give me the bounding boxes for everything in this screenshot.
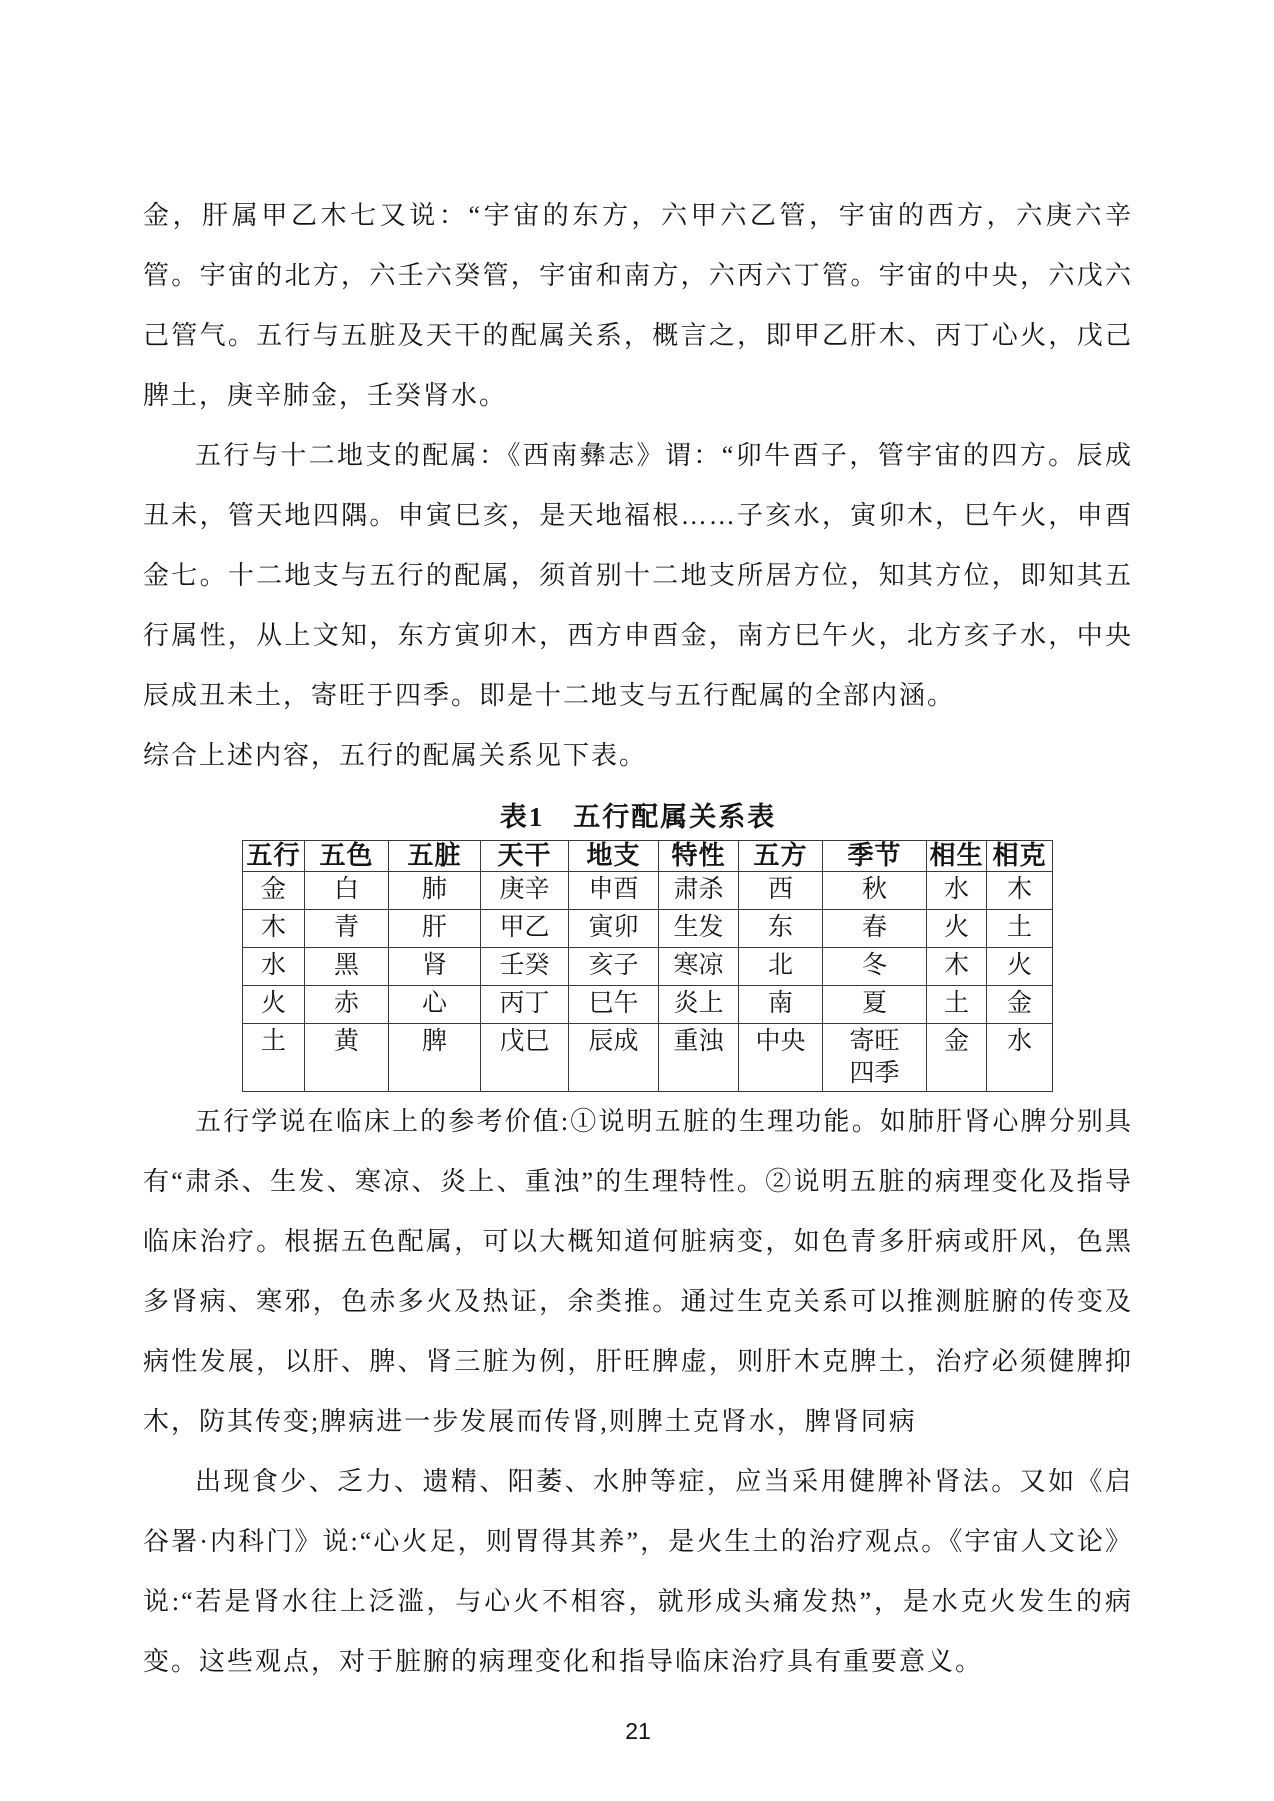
- table-cell: 辰成: [569, 1024, 659, 1092]
- table-cell: 北: [739, 948, 823, 986]
- table-cell: 中央: [739, 1024, 823, 1092]
- table-cell: 甲乙: [481, 910, 569, 948]
- paragraph-4: 五行学说在临床上的参考价值:①说明五脏的生理功能。如肺肝肾心脾分别具有“肃杀、生…: [143, 1092, 1133, 1452]
- table-cell: 西: [739, 872, 823, 910]
- table-cell: 秋: [823, 872, 927, 910]
- table-header-cell: 地支: [569, 841, 659, 872]
- table-cell: 冬: [823, 948, 927, 986]
- table-row: 水黑肾壬癸亥子寒凉北冬木火: [243, 948, 1053, 986]
- table-cell: 水: [243, 948, 305, 986]
- table-cell: 火: [243, 986, 305, 1024]
- table-cell: 脾: [389, 1024, 481, 1092]
- table-header-row: 五行五色五脏天干地支特性五方季节相生相克: [243, 841, 1053, 872]
- table-cell: 土: [243, 1024, 305, 1092]
- table-header-cell: 五行: [243, 841, 305, 872]
- table-cell: 黄: [305, 1024, 389, 1092]
- table-cell: 肝: [389, 910, 481, 948]
- table-cell: 土: [927, 986, 987, 1024]
- table-cell: 木: [927, 948, 987, 986]
- table-cell: 肾: [389, 948, 481, 986]
- table-row: 土黄脾戊巳辰成重浊中央寄旺 四季金水: [243, 1024, 1053, 1092]
- table-row: 金白肺庚辛申酉肃杀西秋水木: [243, 872, 1053, 910]
- table-cell: 火: [927, 910, 987, 948]
- table-cell: 申酉: [569, 872, 659, 910]
- table-caption: 表1 五行配属关系表: [143, 800, 1133, 834]
- table-cell: 水: [987, 1024, 1053, 1092]
- table-header-cell: 特性: [659, 841, 739, 872]
- document-page: 金，肝属甲乙木七又说：“宇宙的东方，六甲六乙管，宇宙的西方，六庚六辛管。宇宙的北…: [0, 0, 1274, 1801]
- table-cell: 炎上: [659, 986, 739, 1024]
- paragraph-3: 综合上述内容，五行的配属关系见下表。: [143, 726, 1133, 786]
- table-cell: 水: [927, 872, 987, 910]
- table-cell: 夏: [823, 986, 927, 1024]
- table-cell: 赤: [305, 986, 389, 1024]
- table-cell: 丙丁: [481, 986, 569, 1024]
- table-cell: 寒凉: [659, 948, 739, 986]
- paragraph-1: 金，肝属甲乙木七又说：“宇宙的东方，六甲六乙管，宇宙的西方，六庚六辛管。宇宙的北…: [143, 186, 1133, 426]
- table-cell: 黑: [305, 948, 389, 986]
- table-cell: 生发: [659, 910, 739, 948]
- table-cell: 肺: [389, 872, 481, 910]
- table-cell: 壬癸: [481, 948, 569, 986]
- five-elements-table: 五行五色五脏天干地支特性五方季节相生相克 金白肺庚辛申酉肃杀西秋水木木青肝甲乙寅…: [242, 840, 1053, 1092]
- table-cell: 亥子: [569, 948, 659, 986]
- paragraph-2: 五行与十二地支的配属：《西南彝志》谓：“卯牛酉子，管宇宙的四方。辰成丑未，管天地…: [143, 426, 1133, 726]
- table-row: 火赤心丙丁巳午炎上南夏土金: [243, 986, 1053, 1024]
- table-cell: 火: [987, 948, 1053, 986]
- table-body: 金白肺庚辛申酉肃杀西秋水木木青肝甲乙寅卯生发东春火土水黑肾壬癸亥子寒凉北冬木火火…: [243, 872, 1053, 1092]
- table-header-cell: 相克: [987, 841, 1053, 872]
- table-header-cell: 季节: [823, 841, 927, 872]
- table-cell: 木: [243, 910, 305, 948]
- table-cell: 巳午: [569, 986, 659, 1024]
- table-cell: 重浊: [659, 1024, 739, 1092]
- table-cell: 心: [389, 986, 481, 1024]
- table-cell: 戊巳: [481, 1024, 569, 1092]
- table-header-cell: 五色: [305, 841, 389, 872]
- table-cell: 金: [243, 872, 305, 910]
- table-cell: 庚辛: [481, 872, 569, 910]
- table-header-cell: 相生: [927, 841, 987, 872]
- table-row: 木青肝甲乙寅卯生发东春火土: [243, 910, 1053, 948]
- table-cell: 肃杀: [659, 872, 739, 910]
- table-header-cell: 五脏: [389, 841, 481, 872]
- table-cell: 南: [739, 986, 823, 1024]
- table-cell: 寅卯: [569, 910, 659, 948]
- table-cell: 春: [823, 910, 927, 948]
- table-header-cell: 五方: [739, 841, 823, 872]
- table-cell: 青: [305, 910, 389, 948]
- table-cell: 土: [987, 910, 1053, 948]
- table-cell: 金: [927, 1024, 987, 1092]
- table-cell: 白: [305, 872, 389, 910]
- table-cell: 寄旺 四季: [823, 1024, 927, 1092]
- table-header-cell: 天干: [481, 841, 569, 872]
- page-number: 21: [143, 1718, 1133, 1745]
- table-cell: 金: [987, 986, 1053, 1024]
- table-cell: 东: [739, 910, 823, 948]
- table-cell: 木: [987, 872, 1053, 910]
- paragraph-5: 出现食少、乏力、遗精、阳萎、水肿等症，应当采用健脾补肾法。又如《启谷署·内科门》…: [143, 1452, 1133, 1692]
